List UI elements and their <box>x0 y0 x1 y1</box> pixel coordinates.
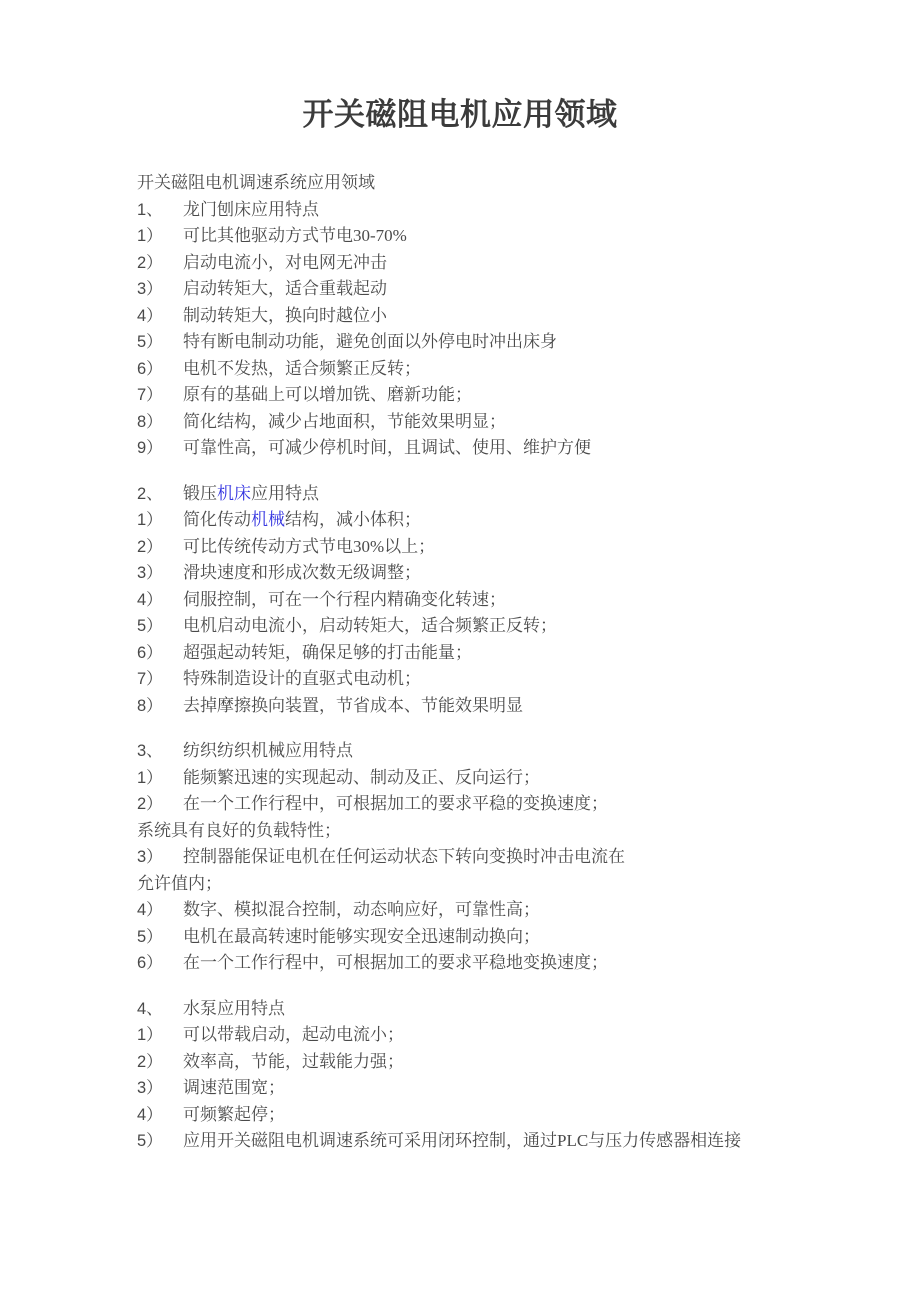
list-text: 可靠性高，可减少停机时间，且调试、使用、维护方便 <box>183 435 840 462</box>
list-number: 4） <box>137 587 183 614</box>
list-item: 2）在一个工作行程中，可根据加工的要求平稳的变换速度； <box>137 791 840 818</box>
list-number: 5） <box>137 924 183 951</box>
list-number: 4） <box>137 303 183 330</box>
list-item: 5）电机在最高转速时能够实现安全迅速制动换向； <box>137 924 840 951</box>
list-text: 电机启动电流小，启动转矩大，适合频繁正反转； <box>183 613 840 640</box>
list-text: 在一个工作行程中，可根据加工的要求平稳的变换速度； <box>183 791 840 818</box>
list-number: 8） <box>137 693 183 720</box>
text-run: 去掉摩擦换向装置，节省成本、节能效果明显 <box>183 696 523 715</box>
list-number: 1） <box>137 223 183 250</box>
hyperlink[interactable]: 机床 <box>217 484 251 503</box>
list-item: 3）启动转矩大，适合重载起动 <box>137 276 840 303</box>
list-text: 效率高，节能，过载能力强； <box>183 1049 840 1076</box>
list-item: 7）原有的基础上可以增加铣、磨新功能； <box>137 382 840 409</box>
list-number: 2） <box>137 1049 183 1076</box>
text-line: 开关磁阻电机调速系统应用领域 <box>137 170 840 197</box>
list-item: 3、纺织纺织机械应用特点 <box>137 738 840 765</box>
text-run: 应用开关磁阻电机调速系统可采用闭环控制，通过PLC与压力传感器相连接 <box>183 1131 741 1150</box>
text-run: 特有断电制动功能，避免创面以外停电时冲出床身 <box>183 332 557 351</box>
list-text: 去掉摩擦换向装置，节省成本、节能效果明显 <box>183 693 840 720</box>
text-run: 原有的基础上可以增加铣、磨新功能； <box>183 385 472 404</box>
text-run: 控制器能保证电机在任何运动状态下转向变换时冲击电流在 <box>183 847 625 866</box>
list-number: 2、 <box>137 481 183 508</box>
list-item: 1）可以带载启动，起动电流小； <box>137 1022 840 1049</box>
text-run: 可比传统传动方式节电30%以上； <box>183 537 435 556</box>
list-number: 2） <box>137 791 183 818</box>
list-number: 8） <box>137 409 183 436</box>
text-run: 启动电流小，对电网无冲击 <box>183 253 387 272</box>
list-item: 2）启动电流小，对电网无冲击 <box>137 250 840 277</box>
list-item: 4）制动转矩大，换向时越位小 <box>137 303 840 330</box>
text-run: 龙门刨床应用特点 <box>183 200 319 219</box>
list-number: 3） <box>137 844 183 871</box>
text-run: 可以带载启动，起动电流小； <box>183 1025 404 1044</box>
text-run: 启动转矩大，适合重载起动 <box>183 279 387 298</box>
list-text: 龙门刨床应用特点 <box>183 197 840 224</box>
list-number: 5） <box>137 613 183 640</box>
list-item: 5）应用开关磁阻电机调速系统可采用闭环控制，通过PLC与压力传感器相连接 <box>137 1128 840 1155</box>
text-run: 伺服控制，可在一个行程内精确变化转速； <box>183 590 506 609</box>
text-run: 电机不发热，适合频繁正反转； <box>183 359 421 378</box>
list-text: 允许值内； <box>137 871 840 898</box>
list-text: 系统具有良好的负载特性； <box>137 818 840 845</box>
list-item: 6）在一个工作行程中，可根据加工的要求平稳地变换速度； <box>137 950 840 977</box>
list-text: 制动转矩大，换向时越位小 <box>183 303 840 330</box>
text-run: 在一个工作行程中，可根据加工的要求平稳地变换速度； <box>183 953 608 972</box>
list-text: 锻压机床应用特点 <box>183 481 840 508</box>
list-item: 2）效率高，节能，过载能力强； <box>137 1049 840 1076</box>
text-run: 在一个工作行程中，可根据加工的要求平稳的变换速度； <box>183 794 608 813</box>
document-body: 开关磁阻电机调速系统应用领域1、龙门刨床应用特点1）可比其他驱动方式节电30-7… <box>137 170 840 1155</box>
list-text: 可比其他驱动方式节电30-70% <box>183 223 840 250</box>
list-number: 1） <box>137 765 183 792</box>
list-text: 简化传动机械结构，减小体积； <box>183 507 840 534</box>
list-item: 4）可频繁起停； <box>137 1102 840 1129</box>
text-line: 允许值内； <box>137 871 840 898</box>
text-run: 系统具有良好的负载特性； <box>137 821 341 840</box>
text-run: 应用特点 <box>251 484 319 503</box>
document-page: 开关磁阻电机应用领域 开关磁阻电机调速系统应用领域1、龙门刨床应用特点1）可比其… <box>0 0 920 1302</box>
list-item: 8）去掉摩擦换向装置，节省成本、节能效果明显 <box>137 693 840 720</box>
list-text: 在一个工作行程中，可根据加工的要求平稳地变换速度； <box>183 950 840 977</box>
text-run: 简化结构，减少占地面积，节能效果明显； <box>183 412 506 431</box>
list-text: 开关磁阻电机调速系统应用领域 <box>137 170 840 197</box>
text-run: 开关磁阻电机调速系统应用领域 <box>137 173 375 192</box>
list-text: 可比传统传动方式节电30%以上； <box>183 534 840 561</box>
text-run: 特殊制造设计的直驱式电动机； <box>183 669 421 688</box>
list-text: 控制器能保证电机在任何运动状态下转向变换时冲击电流在 <box>183 844 840 871</box>
list-item: 1）简化传动机械结构，减小体积； <box>137 507 840 534</box>
text-run: 水泵应用特点 <box>183 999 285 1018</box>
text-run: 能频繁迅速的实现起动、制动及正、反向运行； <box>183 768 540 787</box>
list-text: 纺织纺织机械应用特点 <box>183 738 840 765</box>
hyperlink[interactable]: 机械 <box>251 510 285 529</box>
list-text: 可以带载启动，起动电流小； <box>183 1022 840 1049</box>
list-text: 特殊制造设计的直驱式电动机； <box>183 666 840 693</box>
list-number: 1） <box>137 507 183 534</box>
list-item: 6）电机不发热，适合频繁正反转； <box>137 356 840 383</box>
text-run: 允许值内； <box>137 874 222 893</box>
list-item: 1）能频繁迅速的实现起动、制动及正、反向运行； <box>137 765 840 792</box>
text-run: 调速范围宽； <box>183 1078 285 1097</box>
text-run: 制动转矩大，换向时越位小 <box>183 306 387 325</box>
list-number: 7） <box>137 666 183 693</box>
list-item: 8）简化结构，减少占地面积，节能效果明显； <box>137 409 840 436</box>
list-item: 1、龙门刨床应用特点 <box>137 197 840 224</box>
text-run: 滑块速度和形成次数无级调整； <box>183 563 421 582</box>
list-number: 3） <box>137 276 183 303</box>
list-item: 7）特殊制造设计的直驱式电动机； <box>137 666 840 693</box>
text-run: 效率高，节能，过载能力强； <box>183 1052 404 1071</box>
text-run: 数字、模拟混合控制，动态响应好，可靠性高； <box>183 900 540 919</box>
list-text: 调速范围宽； <box>183 1075 840 1102</box>
list-item: 3）控制器能保证电机在任何运动状态下转向变换时冲击电流在 <box>137 844 840 871</box>
list-number: 5） <box>137 329 183 356</box>
list-number: 6） <box>137 640 183 667</box>
text-run: 超强起动转矩，确保足够的打击能量； <box>183 643 472 662</box>
list-item: 5）特有断电制动功能，避免创面以外停电时冲出床身 <box>137 329 840 356</box>
list-number: 9） <box>137 435 183 462</box>
list-number: 3） <box>137 560 183 587</box>
text-line: 系统具有良好的负载特性； <box>137 818 840 845</box>
list-text: 电机不发热，适合频繁正反转； <box>183 356 840 383</box>
text-run: 电机在最高转速时能够实现安全迅速制动换向； <box>183 927 540 946</box>
list-text: 启动电流小，对电网无冲击 <box>183 250 840 277</box>
list-number: 4） <box>137 1102 183 1129</box>
list-text: 应用开关磁阻电机调速系统可采用闭环控制，通过PLC与压力传感器相连接 <box>183 1128 840 1155</box>
text-run: 可靠性高，可减少停机时间，且调试、使用、维护方便 <box>183 438 591 457</box>
list-text: 电机在最高转速时能够实现安全迅速制动换向； <box>183 924 840 951</box>
text-run: 纺织纺织机械应用特点 <box>183 741 353 760</box>
list-item: 2、锻压机床应用特点 <box>137 481 840 508</box>
list-number: 5） <box>137 1128 183 1155</box>
list-text: 数字、模拟混合控制，动态响应好，可靠性高； <box>183 897 840 924</box>
list-number: 4、 <box>137 996 183 1023</box>
list-number: 3） <box>137 1075 183 1102</box>
list-item: 4、水泵应用特点 <box>137 996 840 1023</box>
document-title: 开关磁阻电机应用领域 <box>0 0 920 135</box>
list-text: 特有断电制动功能，避免创面以外停电时冲出床身 <box>183 329 840 356</box>
list-item: 1）可比其他驱动方式节电30-70% <box>137 223 840 250</box>
list-item: 3）滑块速度和形成次数无级调整； <box>137 560 840 587</box>
text-run: 电机启动电流小，启动转矩大，适合频繁正反转； <box>183 616 557 635</box>
list-number: 7） <box>137 382 183 409</box>
list-number: 1、 <box>137 197 183 224</box>
list-text: 水泵应用特点 <box>183 996 840 1023</box>
list-text: 伺服控制，可在一个行程内精确变化转速； <box>183 587 840 614</box>
list-number: 4） <box>137 897 183 924</box>
list-item: 6）超强起动转矩，确保足够的打击能量； <box>137 640 840 667</box>
list-number: 2） <box>137 534 183 561</box>
text-run: 可频繁起停； <box>183 1105 285 1124</box>
list-number: 3、 <box>137 738 183 765</box>
text-run: 结构，减小体积； <box>285 510 421 529</box>
text-run: 锻压 <box>183 484 217 503</box>
list-item: 2）可比传统传动方式节电30%以上； <box>137 534 840 561</box>
list-item: 5）电机启动电流小，启动转矩大，适合频繁正反转； <box>137 613 840 640</box>
list-text: 可频繁起停； <box>183 1102 840 1129</box>
text-run: 简化传动 <box>183 510 251 529</box>
list-number: 6） <box>137 950 183 977</box>
list-text: 能频繁迅速的实现起动、制动及正、反向运行； <box>183 765 840 792</box>
list-text: 启动转矩大，适合重载起动 <box>183 276 840 303</box>
list-text: 超强起动转矩，确保足够的打击能量； <box>183 640 840 667</box>
list-text: 滑块速度和形成次数无级调整； <box>183 560 840 587</box>
list-number: 6） <box>137 356 183 383</box>
list-number: 1） <box>137 1022 183 1049</box>
list-item: 4）数字、模拟混合控制，动态响应好，可靠性高； <box>137 897 840 924</box>
list-item: 3）调速范围宽； <box>137 1075 840 1102</box>
list-item: 4）伺服控制，可在一个行程内精确变化转速； <box>137 587 840 614</box>
list-text: 原有的基础上可以增加铣、磨新功能； <box>183 382 840 409</box>
list-number: 2） <box>137 250 183 277</box>
list-item: 9）可靠性高，可减少停机时间，且调试、使用、维护方便 <box>137 435 840 462</box>
list-text: 简化结构，减少占地面积，节能效果明显； <box>183 409 840 436</box>
text-run: 可比其他驱动方式节电30-70% <box>183 226 407 245</box>
